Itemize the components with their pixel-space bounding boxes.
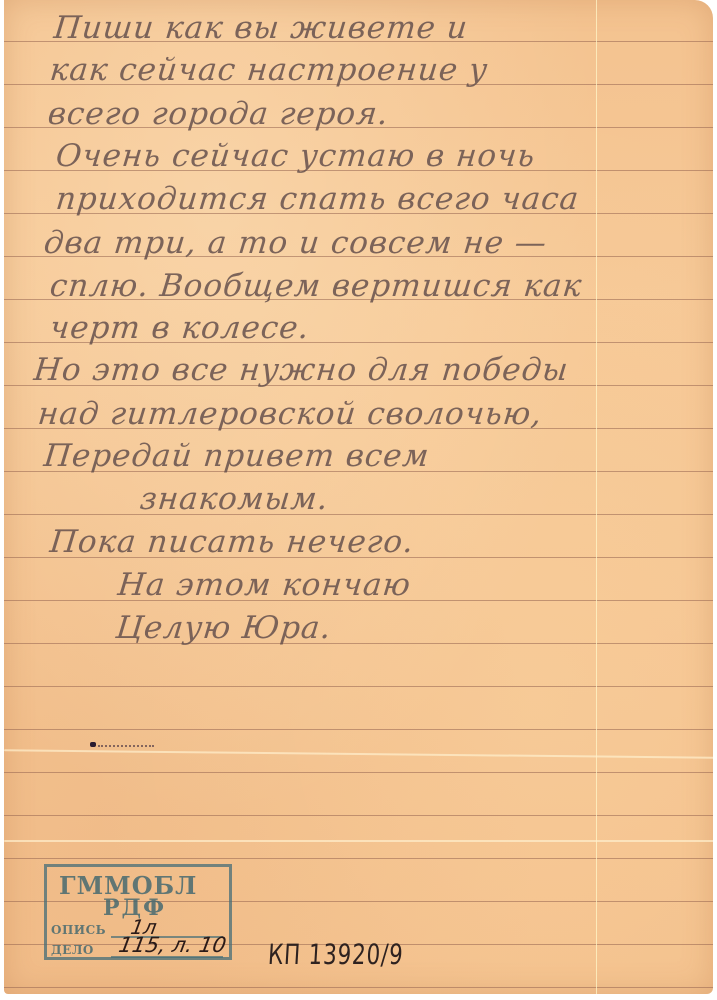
stamp-delo-value: 115, л. 10 (117, 933, 228, 957)
ruled-line (4, 987, 713, 988)
archive-stamp: ГММОБЛ РДФ ОПИСЬ 1л ДЕЛО 115, л. 10 (44, 864, 232, 960)
paper-crease (4, 840, 713, 842)
letter-line: знакомым. (138, 481, 330, 517)
ruled-line (4, 858, 713, 859)
stamp-delo-label: ДЕЛО (51, 943, 94, 957)
letter-line: Целую Юра. (114, 610, 333, 646)
ruled-line (4, 643, 713, 644)
ink-spot (90, 742, 96, 747)
ruled-line (4, 729, 713, 730)
ruled-line (4, 686, 713, 687)
stamp-opis-label: ОПИСЬ (51, 923, 106, 937)
ruled-line (4, 514, 713, 515)
letter-line: черт в колесе. (48, 310, 311, 346)
letter-line: Пока писать нечего. (48, 524, 416, 560)
letter-line: Пиши как вы живете и (52, 10, 470, 46)
margin-line (596, 0, 597, 994)
letter-line: всего города героя. (46, 96, 390, 132)
letter-line: приходится спать всего часа (54, 181, 581, 217)
letter-line: как сейчас настроение у (48, 52, 490, 88)
letter-line: над гитлеровской сволочью, (36, 396, 544, 432)
paper-crease (4, 749, 713, 758)
letter-line: сплю. Вообщем вертишся как (48, 268, 584, 304)
inventory-number: КП 13920/9 (267, 938, 405, 971)
letter-line: два три, а то и совсем не — (42, 225, 549, 261)
ruled-line (4, 815, 713, 816)
letter-line: Передай привет всем (42, 438, 431, 474)
ink-trail (98, 745, 154, 748)
letter-line: На этом кончаю (116, 567, 413, 603)
letter-line: Но это все нужно для победы (32, 352, 570, 388)
letter-sheet: Пиши как вы живете и как сейчас настроен… (4, 0, 713, 994)
letter-line: Очень сейчас устаю в ночь (54, 138, 537, 174)
ruled-line (4, 772, 713, 773)
